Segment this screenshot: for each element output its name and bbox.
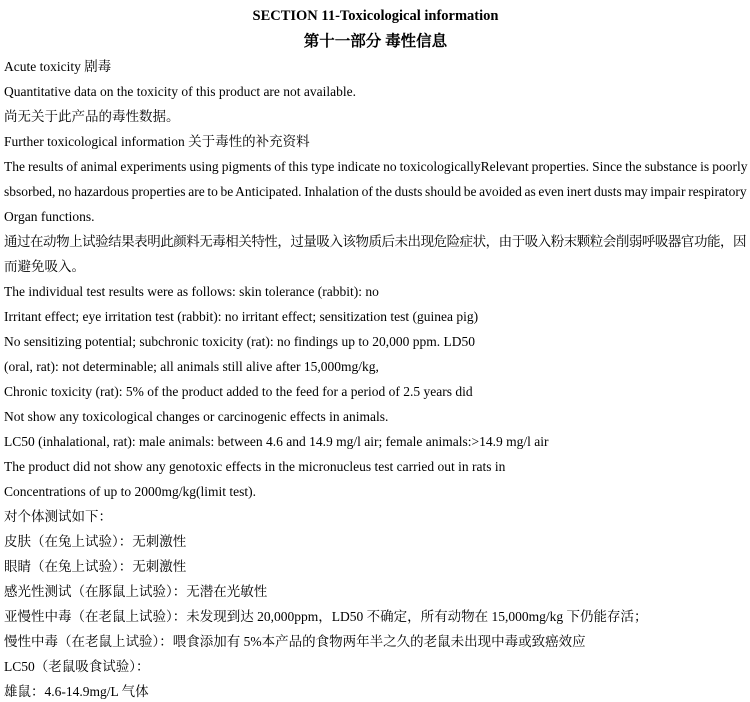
doc-line-lc50-inhalational: LC50 (inhalational, rat): male animals: … — [4, 429, 747, 454]
doc-line-quantitative-data: Quantitative data on the toxicity of thi… — [4, 79, 747, 104]
section-title-en: SECTION 11-Toxicological information — [4, 4, 747, 29]
document-body: SECTION 11-Toxicological information 第十一… — [0, 0, 750, 702]
doc-line-further-info-heading: Further toxicological information 关于毒性的补… — [4, 129, 747, 154]
doc-line-animal-experiments-2: sbsorbed, no hazardous properties are to… — [4, 179, 747, 204]
doc-line-acute-toxicity: Acute toxicity 剧毒 — [4, 54, 747, 79]
doc-line-sensitizing-potential: No sensitizing potential; subchronic tox… — [4, 329, 747, 354]
doc-line-organ-functions: Organ functions. — [4, 204, 747, 229]
doc-line-photosensitivity-test-zh: 感光性测试（在豚鼠上试验）：无潜在光敏性 — [4, 579, 747, 604]
section-title-zh: 第十一部分 毒性信息 — [4, 29, 747, 54]
doc-line-animal-experiments-zh-1: 通过在动物上试验结果表明此颜料无毒相关特性，过量吸入该物质后未出现危险症状，由于… — [4, 229, 747, 254]
doc-line-concentrations: Concentrations of up to 2000mg/kg(limit … — [4, 479, 747, 504]
doc-line-lc50-rat-zh: LC50（老鼠吸食试验）： — [4, 654, 747, 679]
doc-line-chronic-toxicity: Chronic toxicity (rat): 5% of the produc… — [4, 379, 747, 404]
doc-line-individual-test-results: The individual test results were as foll… — [4, 279, 747, 304]
doc-line-irritant-effect: Irritant effect; eye irritation test (ra… — [4, 304, 747, 329]
doc-line-genotoxic-effects: The product did not show any genotoxic e… — [4, 454, 747, 479]
doc-line-skin-test-zh: 皮肤（在兔上试验）：无刺激性 — [4, 529, 747, 554]
doc-line-animal-experiments-zh-2: 而避免吸入。 — [4, 254, 747, 279]
doc-line-eye-test-zh: 眼睛（在兔上试验）：无刺激性 — [4, 554, 747, 579]
doc-line-subchronic-toxicity-zh: 亚慢性中毒（在老鼠上试验）：未发现到达 20,000ppm，LD50 不确定，所… — [4, 604, 747, 629]
doc-line-no-carcinogenic-effects: Not show any toxicological changes or ca… — [4, 404, 747, 429]
doc-line-chronic-toxicity-zh: 慢性中毒（在老鼠上试验）：喂食添加有 5%本产品的食物两年半之久的老鼠未出现中毒… — [4, 629, 747, 654]
doc-line-animal-experiments-1: The results of animal experiments using … — [4, 154, 747, 179]
doc-line-individual-tests-zh: 对个体测试如下： — [4, 504, 747, 529]
doc-line-no-toxicity-data-zh: 尚无关于此产品的毒性数据。 — [4, 104, 747, 129]
doc-line-oral-rat: (oral, rat): not determinable; all anima… — [4, 354, 747, 379]
doc-line-male-rat-zh: 雄鼠：4.6-14.9mg/L 气体 — [4, 679, 747, 702]
